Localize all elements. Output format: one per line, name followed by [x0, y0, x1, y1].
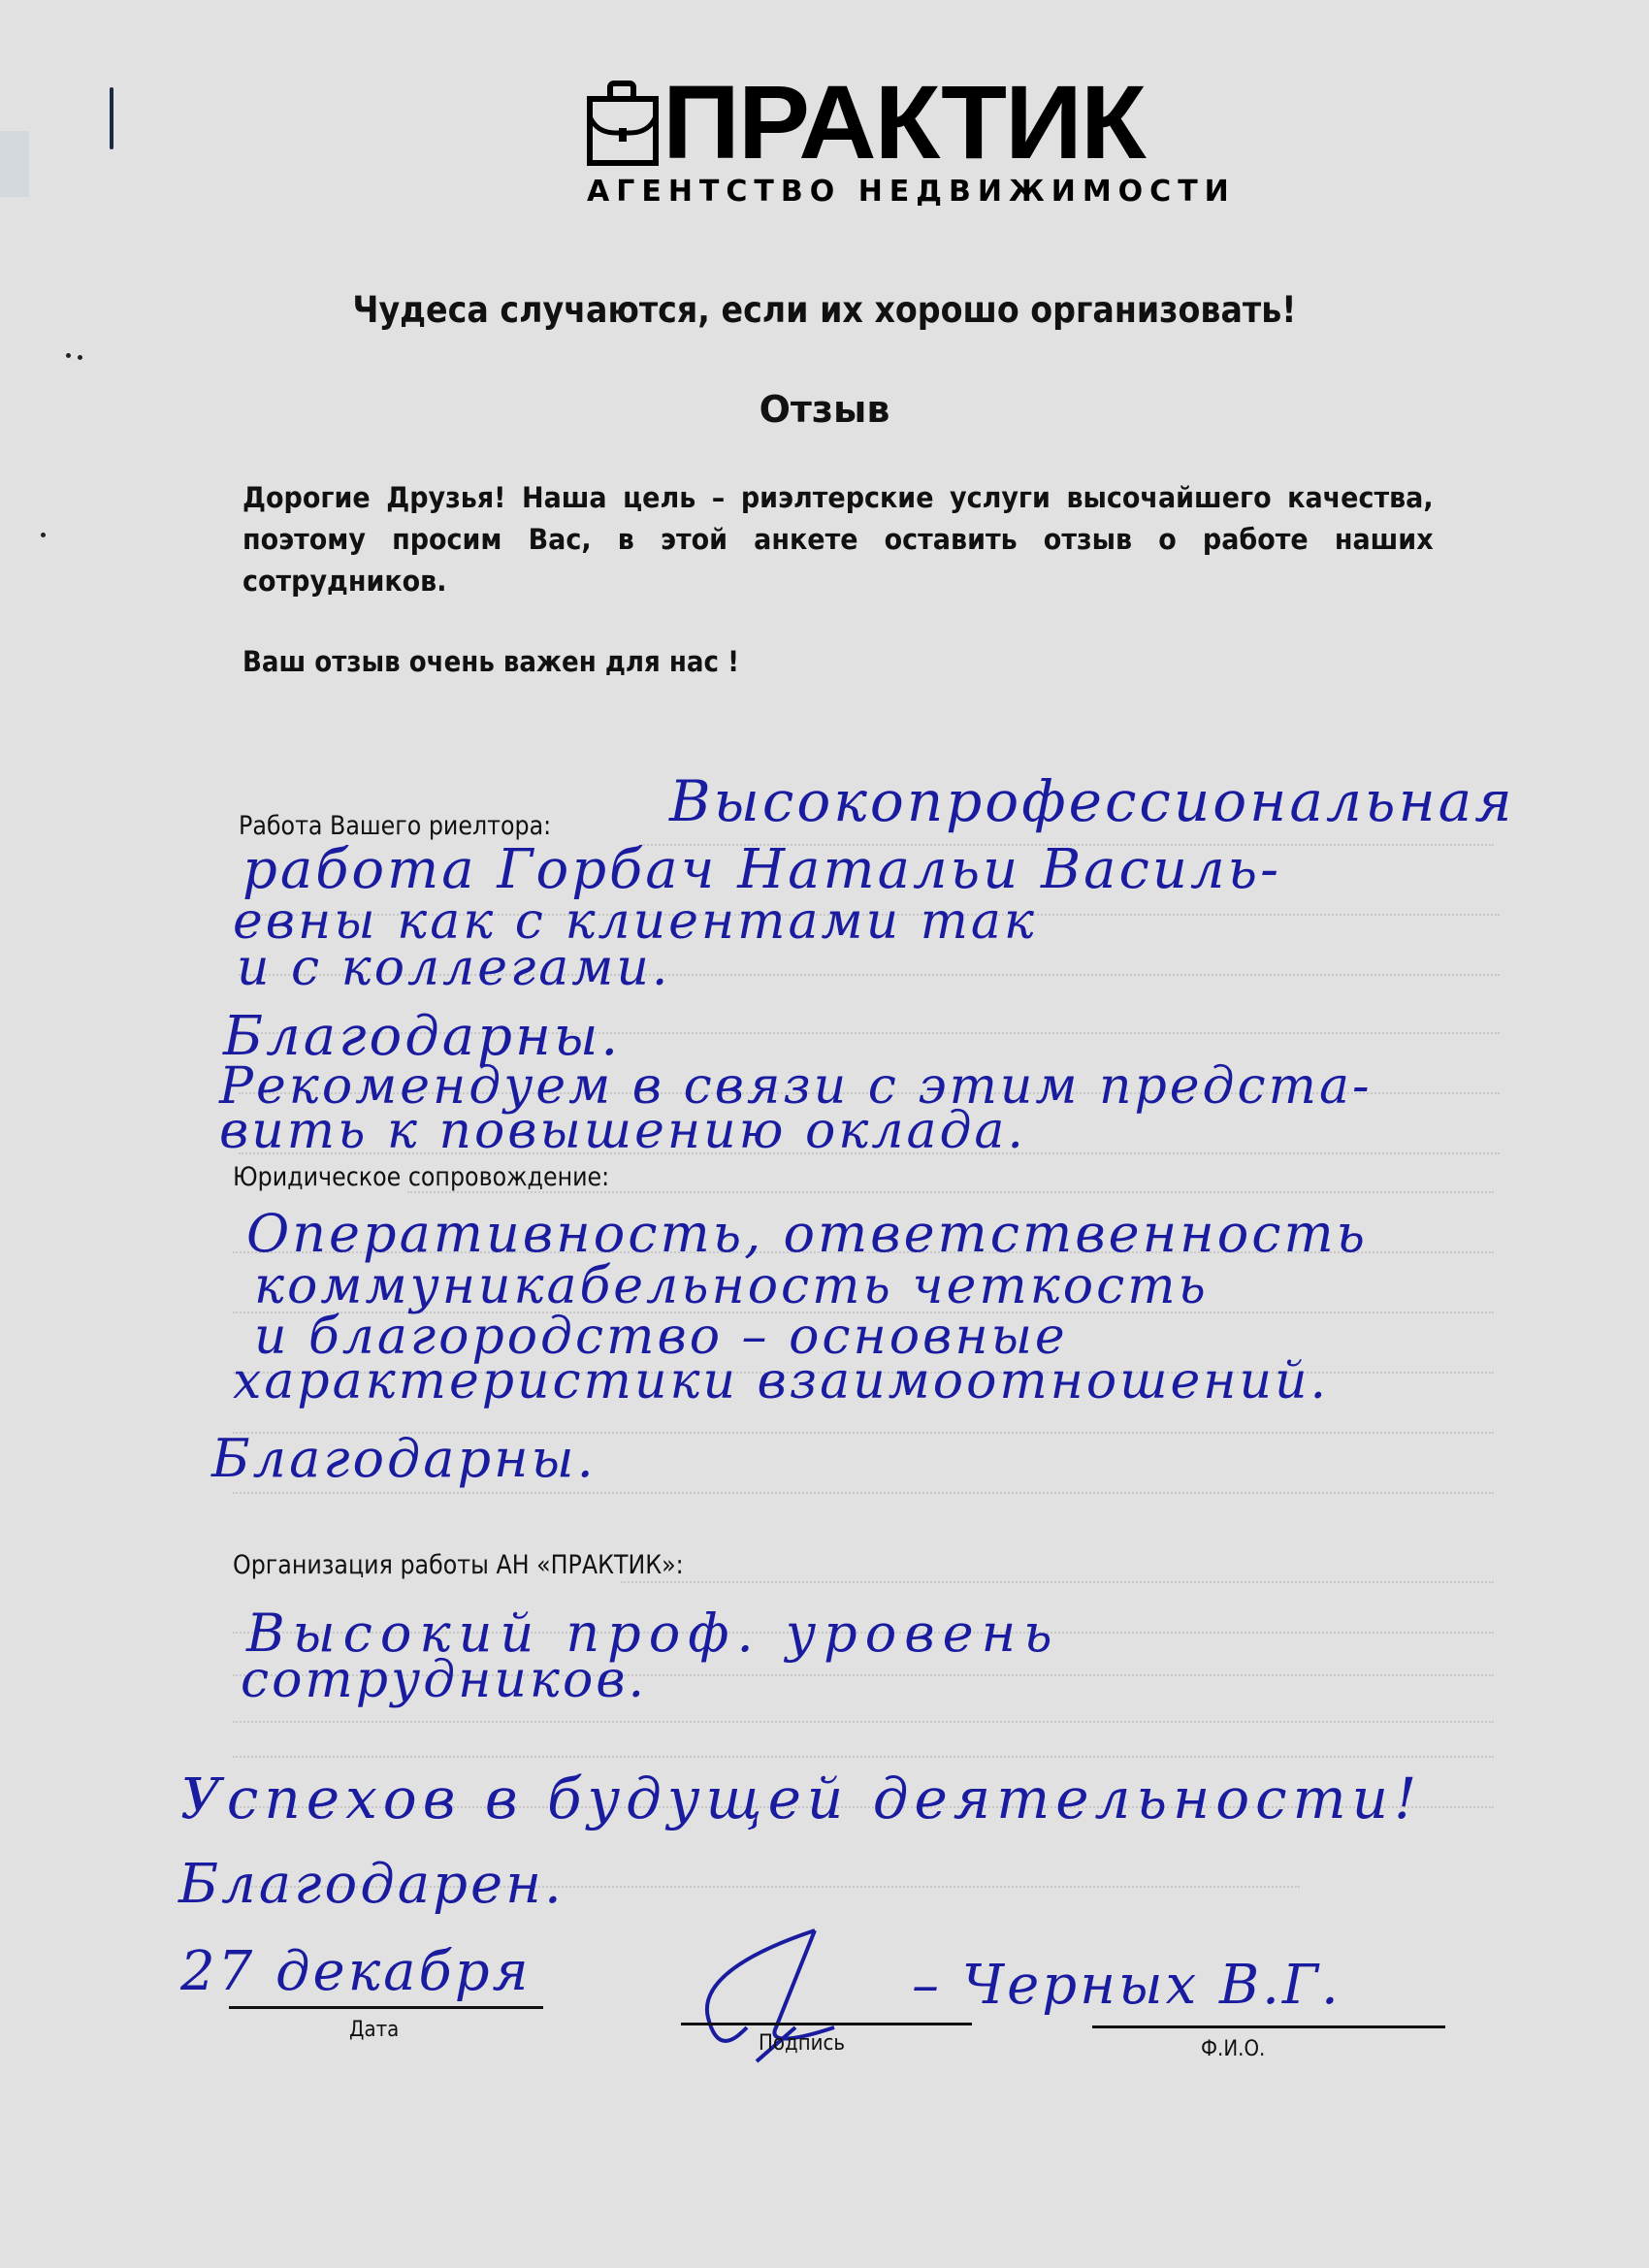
handwritten-answer-line: сотрудников.	[241, 1651, 647, 1709]
section-label-organization: Организация работы АН «ПРАКТИК»:	[233, 1550, 684, 1580]
handwritten-answer-line: вить к повышению оклада.	[219, 1102, 1026, 1160]
handwritten-answer-line: коммуникабельность четкость	[254, 1257, 1209, 1315]
scan-speck	[41, 533, 46, 537]
section-label-realtor: Работа Вашего риелтора:	[239, 811, 551, 841]
date-line	[229, 2006, 543, 2009]
intro-paragraph: Дорогие Друзья! Наша цель – риэлтерские …	[242, 477, 1434, 602]
handwritten-answer-line: Успехов в будущей деятельности!	[180, 1766, 1422, 1831]
signature-line	[681, 2023, 972, 2025]
answer-line	[407, 1191, 1494, 1193]
margin-pen-mark	[110, 87, 113, 149]
handwritten-answer-line: и с коллегами.	[237, 939, 670, 997]
slogan: Чудеса случаются, если их хорошо организ…	[0, 289, 1649, 331]
date-caption: Дата	[349, 2018, 399, 2042]
briefcase-icon	[587, 80, 659, 167]
section-label-legal: Юридическое сопровождение:	[233, 1162, 609, 1192]
logo-wordmark: ПРАКТИК	[663, 74, 1145, 171]
handwritten-answer-line: Высокопрофессиональная	[669, 768, 1515, 834]
answer-line	[233, 1721, 1494, 1723]
handwritten-answer-line: характеристики взаимоотношений.	[233, 1352, 1329, 1410]
scan-speck	[78, 355, 82, 360]
answer-line	[621, 1581, 1494, 1583]
handwritten-answer-line: Оперативность, ответственность	[246, 1203, 1368, 1264]
logo-subtitle: АГЕНТСТВО НЕДВИЖИМОСТИ	[587, 175, 1236, 209]
scan-speck	[66, 353, 71, 358]
handwritten-answer-line: Благодарны.	[211, 1428, 597, 1489]
name-handwritten: – Черных В.Г.	[912, 1954, 1342, 2017]
answer-line	[233, 1492, 1494, 1494]
scan-edge-shadow	[0, 131, 29, 197]
name-line	[1092, 2025, 1445, 2028]
handwritten-answer-line: Благодарен.	[178, 1853, 565, 1916]
answer-line	[233, 1756, 1494, 1758]
date-handwritten: 27 декабря	[180, 1940, 532, 2003]
importance-note: Ваш отзыв очень важен для нас !	[242, 645, 739, 678]
company-logo: ПРАКТИК АГЕНТСТВО НЕДВИЖИМОСТИ	[587, 62, 1188, 208]
name-caption: Ф.И.О.	[1201, 2037, 1265, 2061]
form-title: Отзыв	[0, 388, 1649, 431]
signature-caption: Подпись	[759, 2031, 845, 2056]
